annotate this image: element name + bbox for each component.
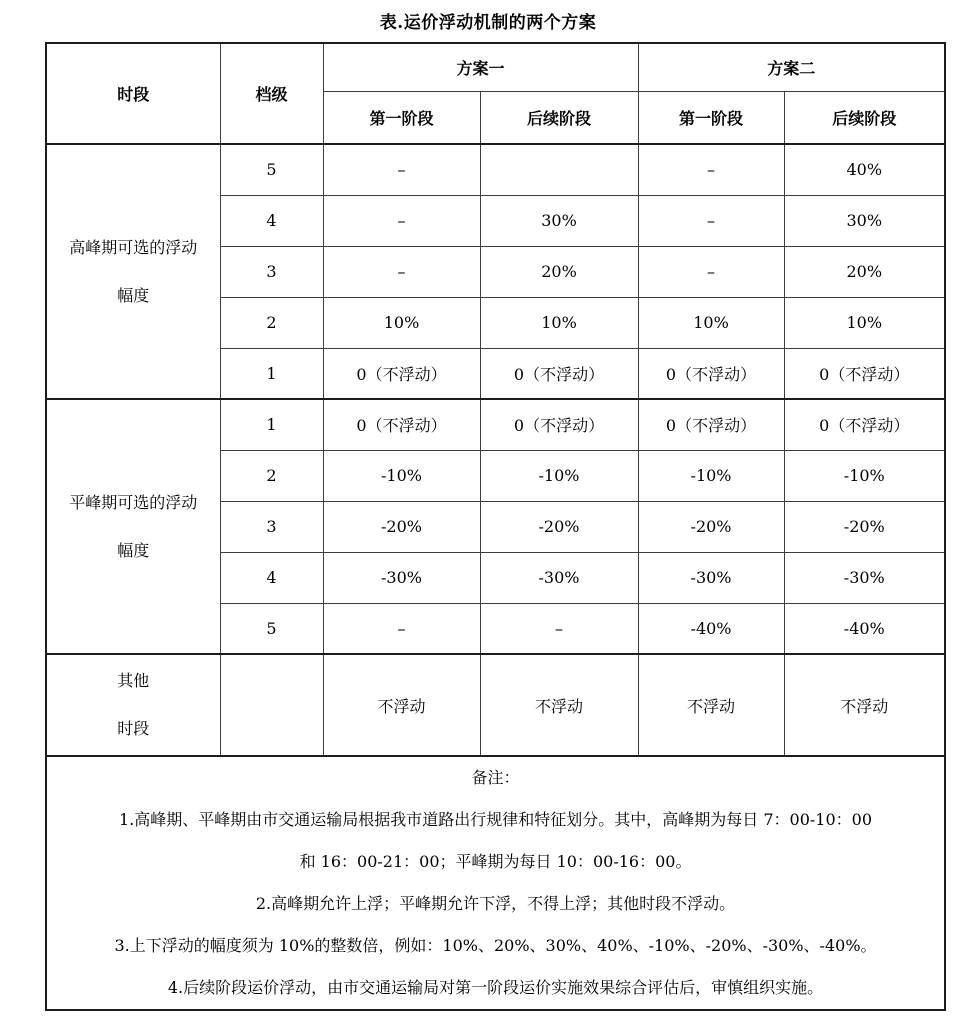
value-cell: –: [480, 603, 638, 654]
value-cell: -20%: [784, 501, 945, 552]
tier-cell: 1: [220, 348, 323, 399]
note-1-line-2: 和 16：00-21：00；平峰期为每日 10：00-16：00。: [47, 841, 944, 883]
value-cell: –: [638, 246, 784, 297]
value-cell: 0（不浮动）: [638, 348, 784, 399]
value-cell: 10%: [638, 297, 784, 348]
value-cell: -20%: [480, 501, 638, 552]
tier-cell: 3: [220, 246, 323, 297]
value-cell: 0（不浮动）: [480, 399, 638, 450]
value-cell: -20%: [638, 501, 784, 552]
tier-cell: 4: [220, 195, 323, 246]
value-cell: 10%: [784, 297, 945, 348]
tier-cell: [220, 654, 323, 756]
value-cell: 0（不浮动）: [638, 399, 784, 450]
table-row: 平峰期可选的浮动 幅度 1 0（不浮动） 0（不浮动） 0（不浮动） 0（不浮动…: [46, 399, 945, 450]
value-cell: -40%: [638, 603, 784, 654]
notes-row: 备注： 1.高峰期、平峰期由市交通运输局根据我市道路出行规律和特征划分。其中，高…: [46, 756, 945, 1010]
value-cell: 0（不浮动）: [784, 399, 945, 450]
header-s2-later-stage: 后续阶段: [784, 91, 945, 144]
peak-label-line2: 幅度: [47, 272, 220, 320]
value-cell: 10%: [323, 297, 480, 348]
offpeak-label-line2: 幅度: [47, 527, 220, 575]
notes-label: 备注：: [47, 757, 944, 799]
tier-cell: 3: [220, 501, 323, 552]
header-s1-later-stage: 后续阶段: [480, 91, 638, 144]
tier-cell: 5: [220, 144, 323, 195]
other-label-line2: 时段: [47, 705, 220, 753]
value-cell: 0（不浮动）: [480, 348, 638, 399]
document-page: 表.运价浮动机制的两个方案 时段 档级 方案一 方案二 第一阶段 后续阶段 第一…: [0, 0, 976, 1030]
value-cell: -30%: [480, 552, 638, 603]
note-2: 2.高峰期允许上浮；平峰期允许下浮，不得上浮；其他时段不浮动。: [47, 883, 944, 925]
value-cell: 0（不浮动）: [323, 399, 480, 450]
tier-cell: 2: [220, 297, 323, 348]
value-cell: 30%: [784, 195, 945, 246]
value-cell: 0（不浮动）: [323, 348, 480, 399]
header-scheme2: 方案二: [638, 43, 945, 91]
header-scheme1: 方案一: [323, 43, 638, 91]
note-3: 3.上下浮动的幅度须为 10%的整数倍，例如：10%、20%、30%、40%、-…: [47, 925, 944, 967]
other-label-line1: 其他: [47, 657, 220, 705]
notes-cell: 备注： 1.高峰期、平峰期由市交通运输局根据我市道路出行规律和特征划分。其中，高…: [46, 756, 945, 1010]
note-4: 4.后续阶段运价浮动，由市交通运输局对第一阶段运价实施效果综合评估后，审慎组织实…: [47, 967, 944, 1009]
tier-cell: 4: [220, 552, 323, 603]
value-cell: -30%: [638, 552, 784, 603]
value-cell: 不浮动: [323, 654, 480, 756]
header-tier: 档级: [220, 43, 323, 144]
tier-cell: 2: [220, 450, 323, 501]
value-cell: [480, 144, 638, 195]
fare-floating-table: 时段 档级 方案一 方案二 第一阶段 后续阶段 第一阶段 后续阶段 高峰期可选的…: [45, 42, 946, 1011]
value-cell: 30%: [480, 195, 638, 246]
other-period-label: 其他 时段: [46, 654, 220, 756]
value-cell: -30%: [323, 552, 480, 603]
table-title: 表.运价浮动机制的两个方案: [0, 0, 976, 33]
value-cell: -10%: [638, 450, 784, 501]
value-cell: 40%: [784, 144, 945, 195]
header-period: 时段: [46, 43, 220, 144]
header-s1-first-stage: 第一阶段: [323, 91, 480, 144]
value-cell: –: [638, 144, 784, 195]
value-cell: -10%: [784, 450, 945, 501]
value-cell: 不浮动: [480, 654, 638, 756]
value-cell: –: [323, 603, 480, 654]
offpeak-label-line1: 平峰期可选的浮动: [47, 479, 220, 527]
value-cell: 0（不浮动）: [784, 348, 945, 399]
peak-label-line1: 高峰期可选的浮动: [47, 224, 220, 272]
value-cell: –: [323, 144, 480, 195]
tier-cell: 1: [220, 399, 323, 450]
table-row: 高峰期可选的浮动 幅度 5 – – 40%: [46, 144, 945, 195]
header-s2-first-stage: 第一阶段: [638, 91, 784, 144]
value-cell: -40%: [784, 603, 945, 654]
value-cell: -10%: [480, 450, 638, 501]
peak-section-label: 高峰期可选的浮动 幅度: [46, 144, 220, 399]
value-cell: -20%: [323, 501, 480, 552]
note-1-line-1: 1.高峰期、平峰期由市交通运输局根据我市道路出行规律和特征划分。其中，高峰期为每…: [47, 799, 944, 841]
value-cell: 不浮动: [784, 654, 945, 756]
tier-cell: 5: [220, 603, 323, 654]
table-row: 其他 时段 不浮动 不浮动 不浮动 不浮动: [46, 654, 945, 756]
value-cell: -10%: [323, 450, 480, 501]
value-cell: –: [323, 195, 480, 246]
value-cell: 20%: [784, 246, 945, 297]
value-cell: -30%: [784, 552, 945, 603]
value-cell: –: [638, 195, 784, 246]
value-cell: 20%: [480, 246, 638, 297]
header-row-schemes: 时段 档级 方案一 方案二: [46, 43, 945, 91]
value-cell: 10%: [480, 297, 638, 348]
offpeak-section-label: 平峰期可选的浮动 幅度: [46, 399, 220, 654]
value-cell: –: [323, 246, 480, 297]
value-cell: 不浮动: [638, 654, 784, 756]
